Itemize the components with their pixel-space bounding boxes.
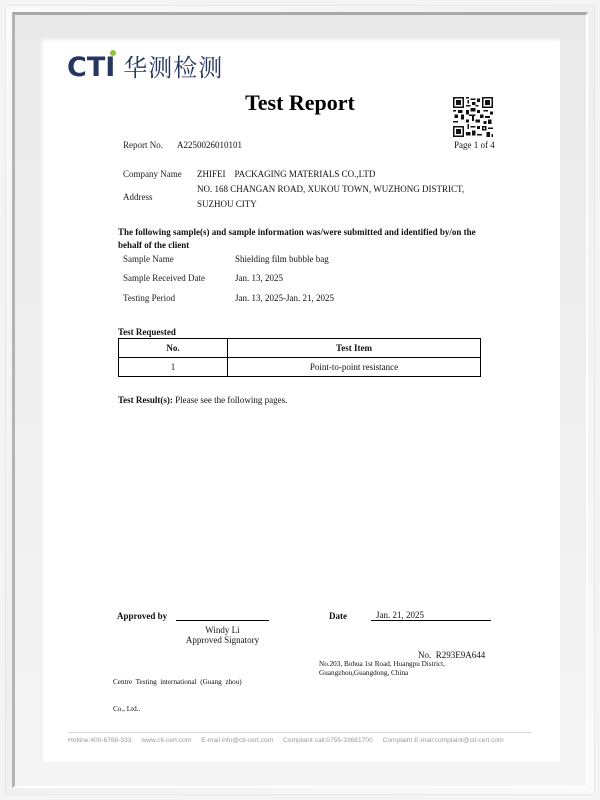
sample-intro-line-2: behalf of the client [118,239,189,251]
test-result-text: Please see the following pages. [175,395,287,405]
table-row: 1 Point-to-point resistance [119,358,481,377]
address-line-1: NO. 168 CHANGAN ROAD, XUKOU TOWN, WUZHON… [197,184,464,194]
footer-website[interactable]: www.cti-cert.com [141,737,191,744]
footer-divider [68,732,531,733]
sample-name-label: Sample Name [123,254,174,264]
page-title: Test Report [0,90,600,116]
issuer-address: No.203, Bohua 1st Road, Huangpu District… [319,660,445,678]
footer-complaint-call: Complaint call:0755-33681700 [283,737,372,744]
table-header-row: No. Test Item [119,339,481,358]
sample-received-value: Jan. 13, 2025 [235,273,283,283]
address-line-2: SUZHOU CITY [197,199,257,209]
test-requested-heading: Test Requested [118,326,176,338]
issuer-address-line-2: Guangzhou,Guangdong, China [319,669,445,678]
logo-brand: CTI [67,54,115,82]
approved-by-label: Approved by [117,610,167,622]
issuer-company: Centre Testing international (Guang zhou… [113,660,242,723]
page-indicator: Page 1 of 4 [454,140,495,150]
report-no-label: Report No. [123,140,163,150]
testing-period-value: Jan. 13, 2025-Jan. 21, 2025 [235,293,334,303]
sample-intro-line-1: The following sample(s) and sample infor… [118,226,476,238]
sample-received-label: Sample Received Date [123,273,205,283]
issuer-address-line-1: No.203, Bohua 1st Road, Huangpu District… [319,660,445,669]
sample-name-value: Shielding film bubble bag [235,254,329,264]
qr-code-icon [453,97,493,137]
column-header-test-item: Test Item [228,339,481,358]
test-result: Test Result(s): Please see the following… [118,394,287,406]
testing-period-label: Testing Period [123,293,175,303]
company-name-label: Company Name [123,169,182,179]
footer-hotline: Hotline:400-6788-333 [68,737,131,744]
cell-test-item: Point-to-point resistance [228,358,481,377]
cell-no: 1 [119,358,228,377]
date-label: Date [329,610,347,622]
cti-logo: CTI 华测检测 [67,54,223,82]
test-requested-table: No. Test Item 1 Point-to-point resistanc… [118,338,481,377]
footer-email[interactable]: E-mail:info@cti-cert.com [201,737,273,744]
logo-brand-text: CTI [67,52,115,83]
signatory-title: Approved Signatory [165,634,280,646]
footer-complaint-email[interactable]: Complaint E-mail:complaint@cti-cert.com [383,737,504,744]
footer-contacts: Hotline:400-6788-333 www.cti-cert.com E-… [68,737,538,744]
address-label: Address [123,192,153,202]
report-no-value: A2250026010101 [177,140,242,150]
date-line [371,620,491,621]
logo-dot-icon [110,50,116,56]
column-header-no: No. [119,339,228,358]
logo-chinese-name: 华测检测 [123,54,223,82]
issuer-company-line-1: Centre Testing international (Guang zhou… [113,678,242,687]
company-name-value: ZHIFEI PACKAGING MATERIALS CO.,LTD [197,169,375,179]
issuer-company-line-2: Co., Ltd.. [113,705,242,714]
test-result-label: Test Result(s): [118,395,173,405]
signature-line [176,620,269,621]
